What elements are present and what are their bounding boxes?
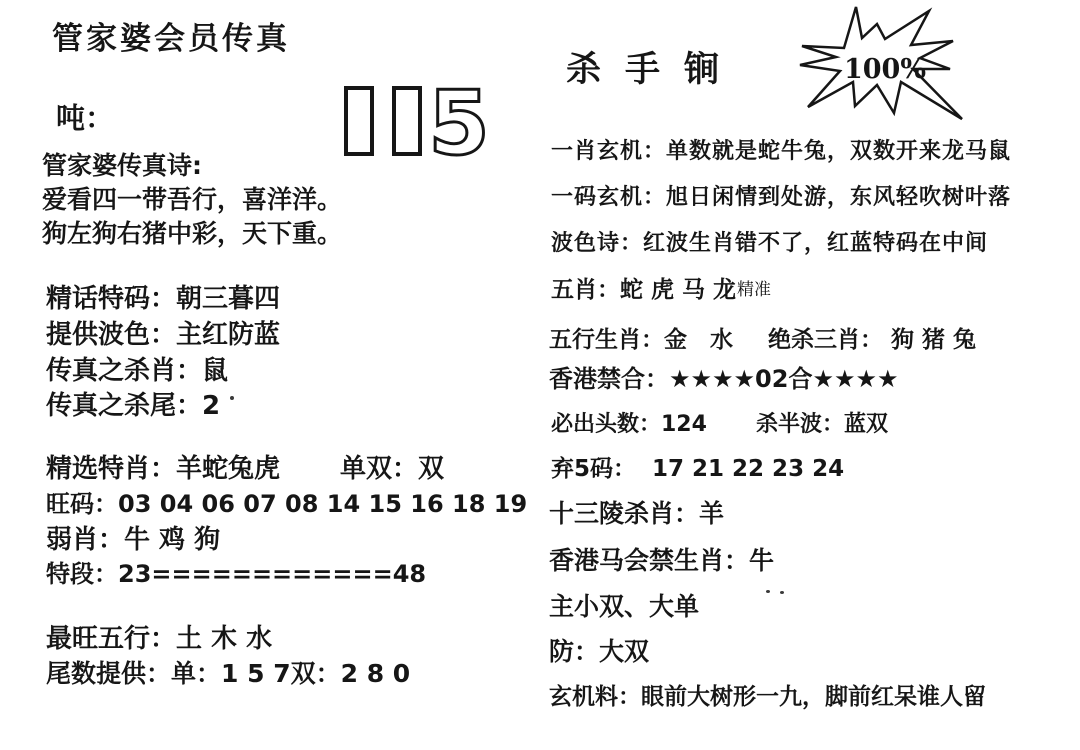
row-shisanling-shaxiao: 十三陵杀肖：羊 xyxy=(549,500,724,529)
row-chuanzhen-shaxiao: 传真之杀肖：鼠 xyxy=(46,357,228,387)
row-zuiwang-wuxing: 最旺五行：土 木 水 xyxy=(46,625,272,655)
row-sha-banbo: 杀半波：蓝双 xyxy=(756,412,888,437)
row-ruoxiao: 弱肖：牛 鸡 狗 xyxy=(46,526,220,556)
row-juesha-sanxiao: 绝杀三肖： 狗 猪 兔 xyxy=(768,327,976,353)
row-teduan: 特段：23============48 xyxy=(46,561,426,589)
row-hk-jinhe-stars: 香港禁合：★★★★02合★★★★ xyxy=(549,366,899,394)
digit-one-icon xyxy=(394,88,420,154)
digit-one-icon xyxy=(346,88,372,154)
row-yima-xuanji: 一码玄机：旭日闲情到处游，东风轻吹树叶落 xyxy=(551,185,1011,210)
poem-line-2: 狗左狗右猪中彩，天下重。 xyxy=(42,220,342,249)
row-zhu-xiaoshuang: 主小双、大单 xyxy=(549,593,699,622)
issue-label: 吨： xyxy=(56,102,114,135)
row-tigong-bose: 提供波色：主红防蓝 xyxy=(46,321,280,351)
row-chuanzhen-shawei: 传真之杀尾：2 xyxy=(46,392,220,422)
scan-speck xyxy=(780,591,784,594)
row-fang-dashuang: 防：大双 xyxy=(549,638,649,667)
row-weishu-tigong: 尾数提供：单：1 5 7双：2 8 0 xyxy=(46,660,410,689)
lottery-fax-document: 管家婆会员传真 吨： 5 管家婆传真诗: 爱看四一带吾行，喜洋洋。 狗左狗右猪中… xyxy=(0,0,1080,750)
row-bichu-toushu: 必出头数：124 xyxy=(551,412,707,437)
row-yixiao-xuanji: 一肖玄机：单数就是蛇牛兔，双数开来龙马鼠 xyxy=(551,139,1011,164)
scan-speck xyxy=(766,590,770,593)
section-title-shashoujian: 杀手锏 xyxy=(566,50,743,90)
row-wuxiao: 五肖：蛇 虎 马 龙 xyxy=(551,277,736,303)
starburst-100-badge: 100% xyxy=(799,5,967,123)
row-danshuang: 单双：双 xyxy=(340,455,444,485)
row-xuanji-liao: 玄机料：眼前大树形一九，脚前红呆谁人留 xyxy=(549,684,986,710)
row-hk-jockey-ban: 香港马会禁生肖：牛 xyxy=(549,547,774,576)
poem-heading: 管家婆传真诗: xyxy=(42,152,202,181)
issue-number-115: 5 xyxy=(341,82,493,160)
scan-speck xyxy=(230,396,234,400)
poem-line-1: 爱看四一带吾行，喜洋洋。 xyxy=(42,186,342,215)
row-bose-shi: 波色诗：红波生肖错不了，红蓝特码在中间 xyxy=(551,231,988,256)
row-qi-5-ma: 弃5码： 17 21 22 23 24 xyxy=(551,456,844,482)
row-wangma: 旺码：03 04 06 07 08 14 15 16 18 19 xyxy=(46,491,527,519)
row-jinghua-tema: 精话特码：朝三暮四 xyxy=(46,285,280,315)
row-wuxing-shengxiao: 五行生肖：金 水 xyxy=(549,327,733,353)
wuxiao-note: 精准 xyxy=(737,281,771,301)
digit-five-outline: 5 xyxy=(428,82,489,160)
page-title: 管家婆会员传真 xyxy=(52,22,290,58)
badge-percent-label: 100% xyxy=(844,54,926,85)
row-jingxuan-texiao: 精选特肖：羊蛇兔虎 xyxy=(46,455,280,485)
